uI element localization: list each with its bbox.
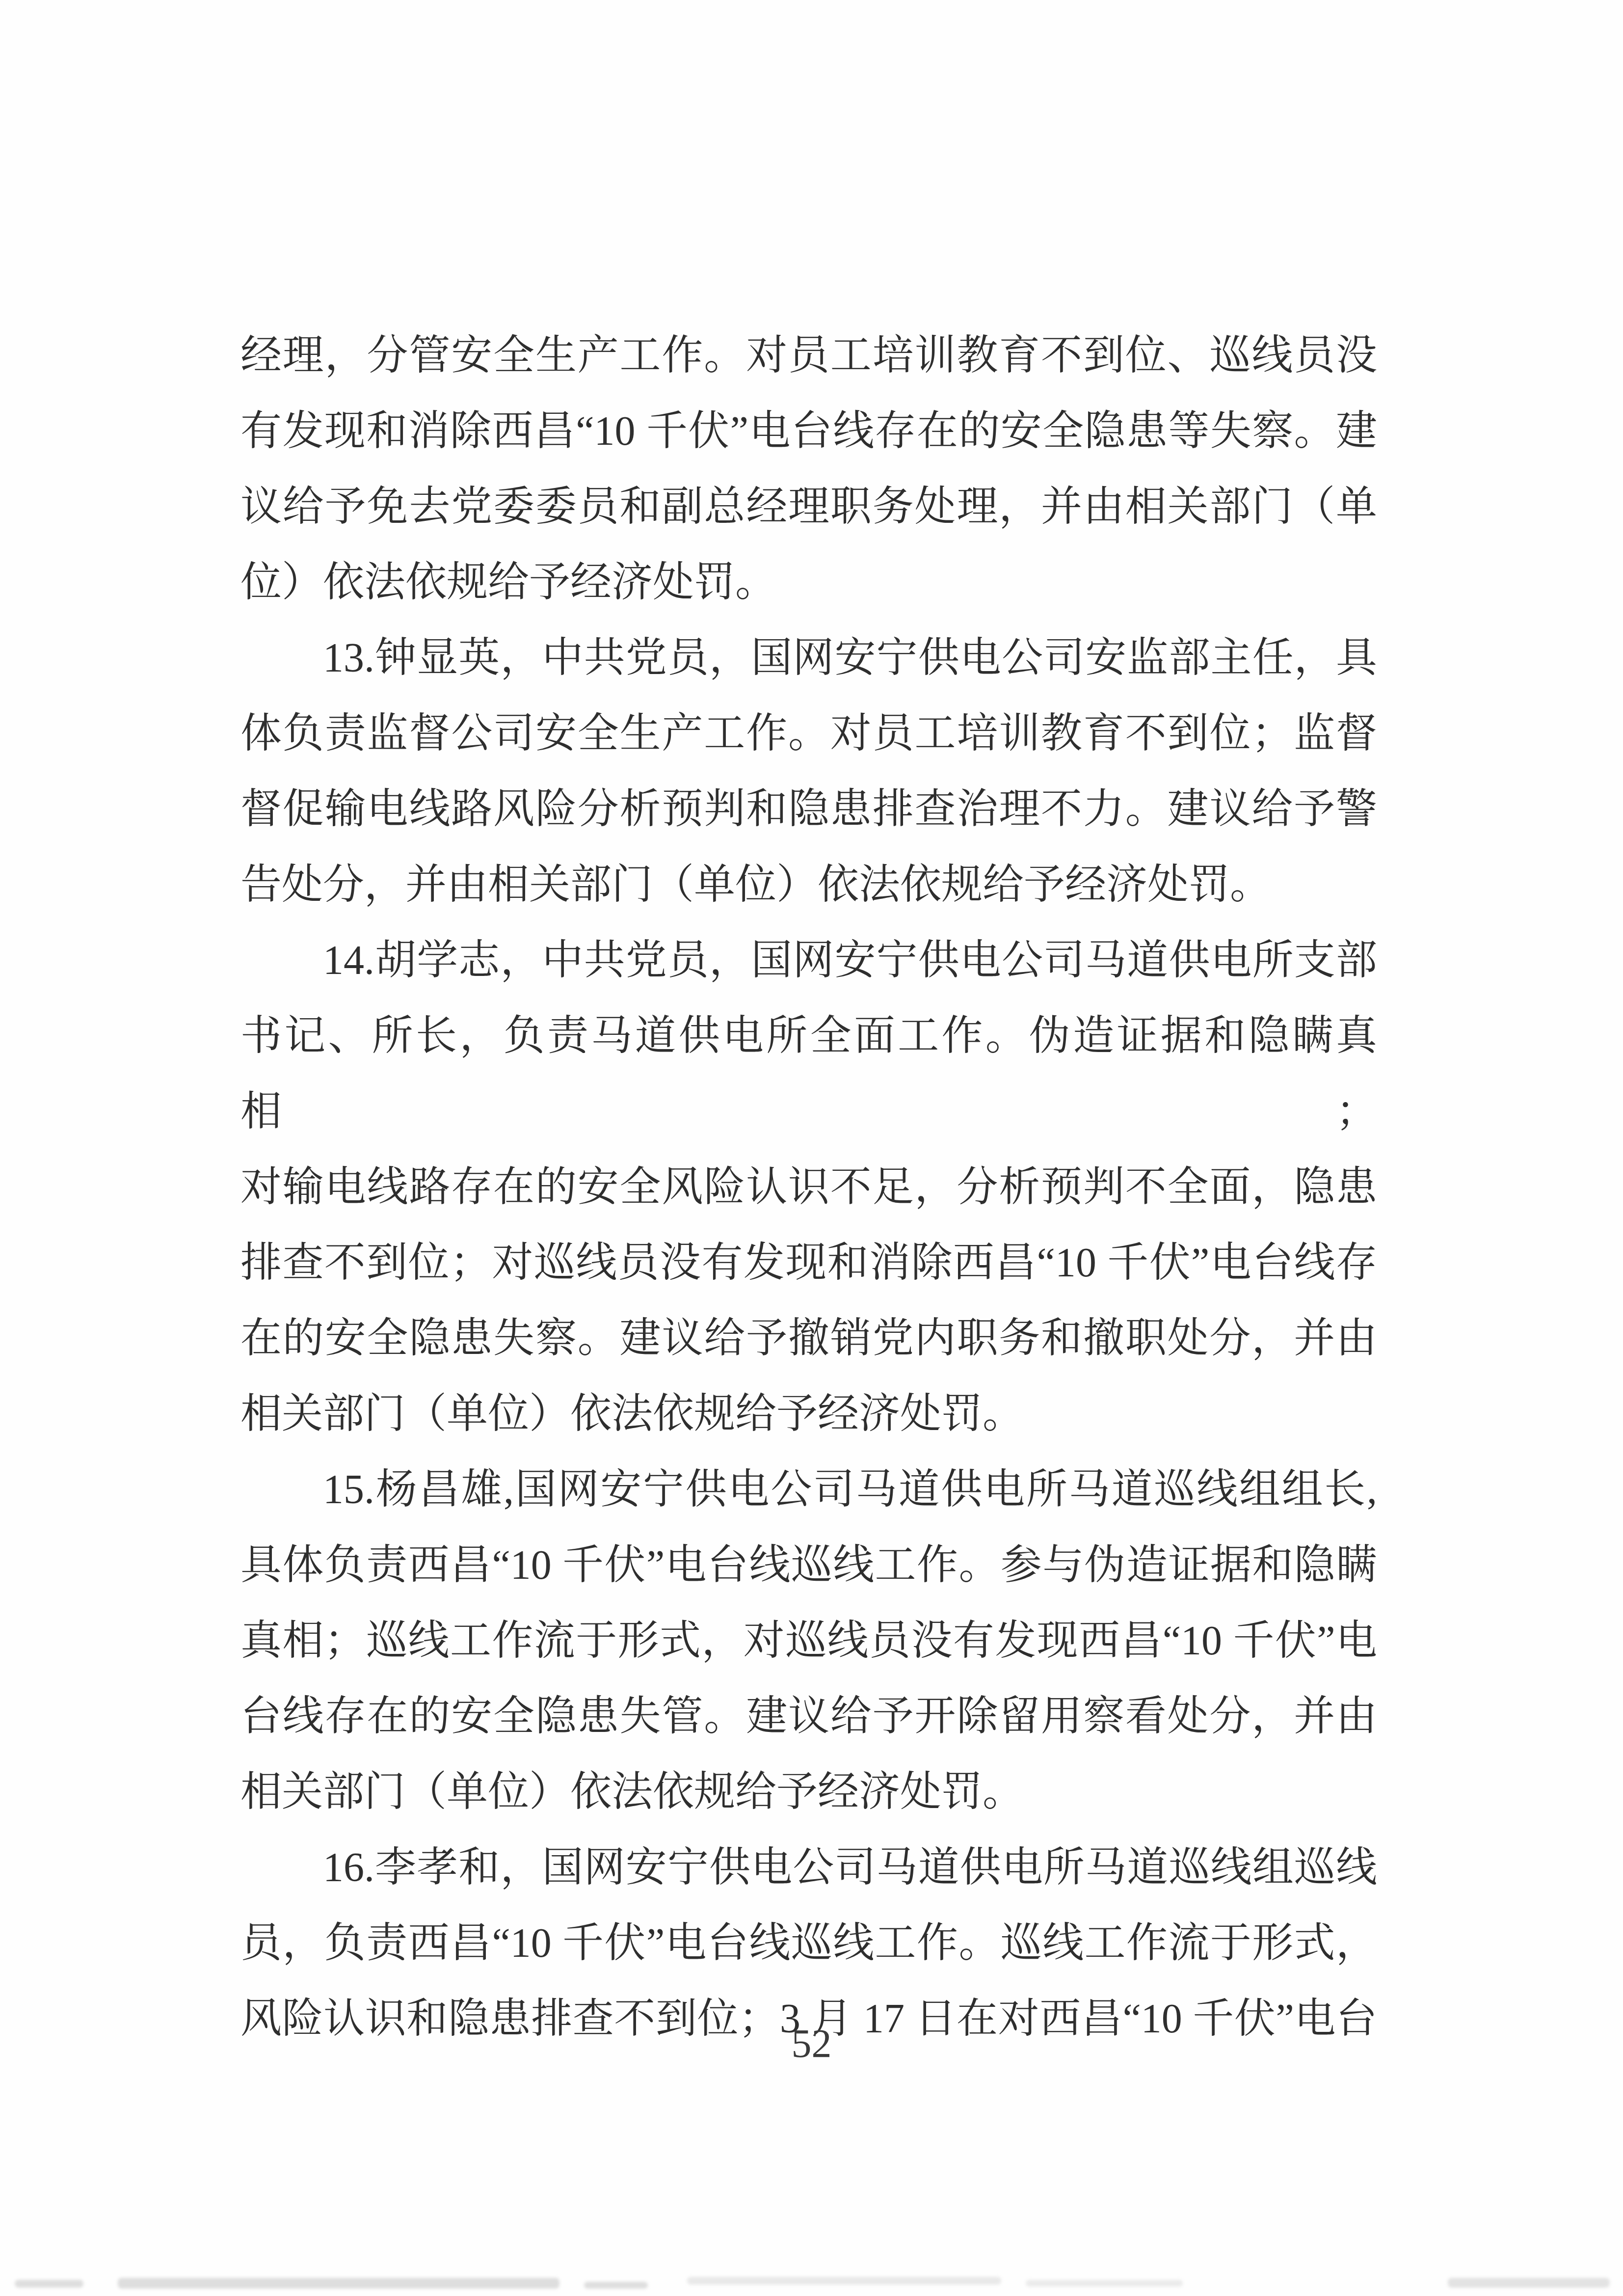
scan-artifact	[687, 2277, 1001, 2285]
scan-artifact	[1448, 2278, 1610, 2288]
text-line: 台线存在的安全隐患失管。建议给予开除留用察看处分，并由	[240, 1679, 1377, 1755]
text-line: 相关部门（单位）依法依规给予经济处罚。	[240, 1377, 1377, 1452]
text-line: 书记、所长，负责马道供电所全面工作。伪造证据和隐瞒真相；	[240, 999, 1377, 1150]
text-line: 督促输电线路风险分析预判和隐患排查治理不力。建议给予警	[240, 772, 1377, 847]
text-line: 议给予免去党委委员和副总经理职务处理，并由相关部门（单	[240, 469, 1377, 545]
text-line: 排查不到位；对巡线员没有发现和消除西昌“10 千伏”电台线存	[240, 1225, 1377, 1301]
text-line: 16.李孝和，国网安宁供电公司马道供电所马道巡线组巡线	[240, 1830, 1377, 1906]
text-line: 员，负责西昌“10 千伏”电台线巡线工作。巡线工作流于形式，	[240, 1906, 1377, 1981]
text-line: 位）依法依规给予经济处罚。	[240, 545, 1377, 621]
text-line: 经理，分管安全生产工作。对员工培训教育不到位、巡线员没	[240, 318, 1377, 394]
scan-artifact	[118, 2278, 559, 2289]
text-line: 具体负责西昌“10 千伏”电台线巡线工作。参与伪造证据和隐瞒	[240, 1528, 1377, 1603]
text-block: 经理，分管安全生产工作。对员工培训教育不到位、巡线员没 有发现和消除西昌“10 …	[240, 318, 1377, 2057]
text-line: 对输电线路存在的安全风险认识不足，分析预判不全面，隐患	[240, 1150, 1377, 1225]
text-line: 14.胡学志，中共党员，国网安宁供电公司马道供电所支部	[240, 923, 1377, 999]
scan-artifact	[1026, 2280, 1183, 2287]
text-line: 告处分，并由相关部门（单位）依法依规给予经济处罚。	[240, 847, 1377, 923]
page-number: 52	[0, 2022, 1623, 2066]
scan-artifact	[584, 2282, 648, 2289]
text-line: 有发现和消除西昌“10 千伏”电台线存在的安全隐患等失察。建	[240, 394, 1377, 469]
text-line: 真相；巡线工作流于形式，对巡线员没有发现西昌“10 千伏”电	[240, 1603, 1377, 1679]
text-line: 13.钟显英，中共党员，国网安宁供电公司安监部主任，具	[240, 621, 1377, 696]
text-line: 在的安全隐患失察。建议给予撤销党内职务和撤职处分，并由	[240, 1301, 1377, 1377]
scan-artifact	[15, 2280, 83, 2288]
text-line: 体负责监督公司安全生产工作。对员工培训教育不到位；监督	[240, 696, 1377, 772]
text-line: 15.杨昌雄,国网安宁供电公司马道供电所马道巡线组组长,	[240, 1452, 1377, 1528]
document-page: 经理，分管安全生产工作。对员工培训教育不到位、巡线员没 有发现和消除西昌“10 …	[0, 0, 1623, 2296]
text-line: 相关部门（单位）依法依规给予经济处罚。	[240, 1755, 1377, 1830]
